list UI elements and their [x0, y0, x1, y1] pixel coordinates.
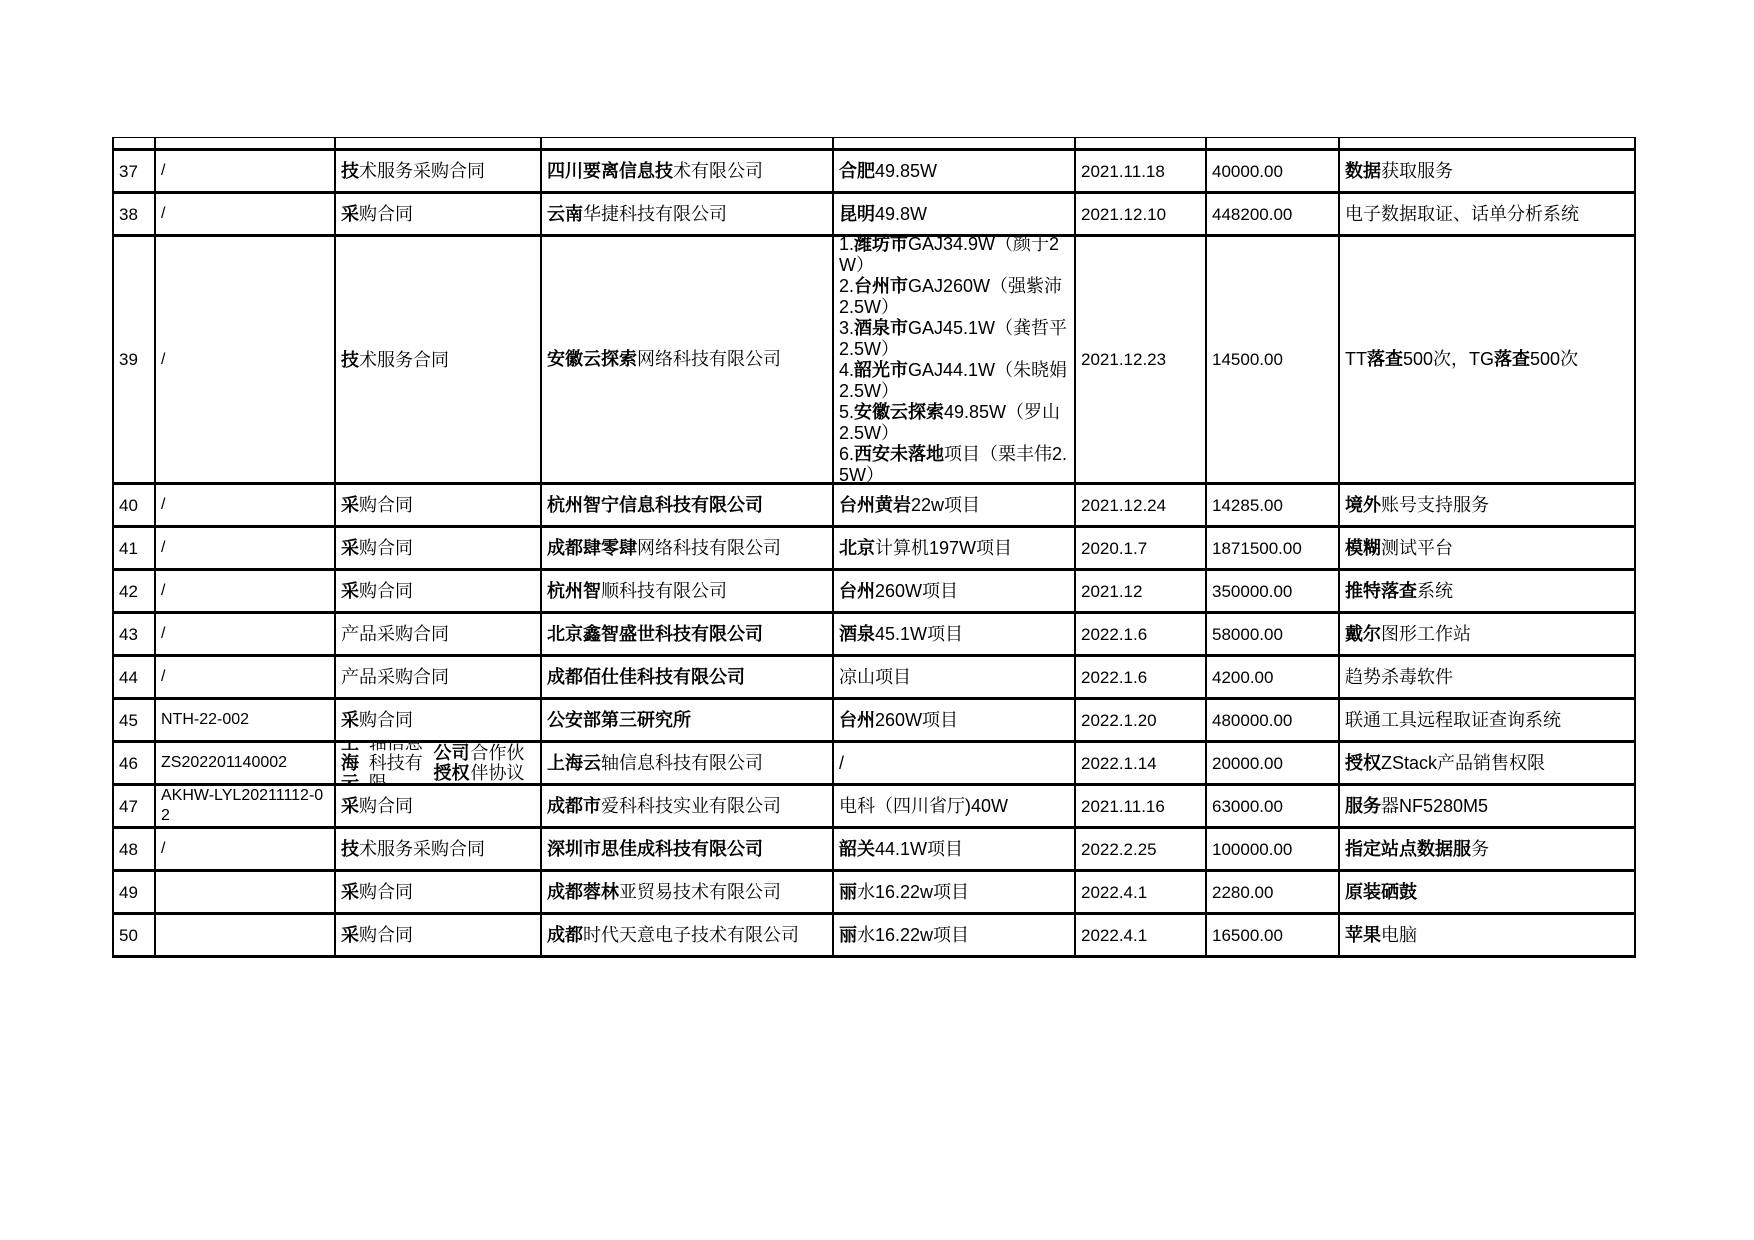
text-segment: 电脑	[1381, 925, 1417, 946]
text-segment: 500次	[1530, 349, 1578, 370]
text-segment: 系统	[1417, 581, 1453, 602]
text-segment: 获取服务	[1381, 161, 1453, 182]
cell-contract-no: /	[156, 657, 336, 700]
cell-company: 杭州智宁信息科技有限公司	[542, 485, 834, 528]
cell-amount: 20000.00	[1207, 743, 1340, 786]
cell-desc: 趋势杀毒软件	[1340, 657, 1636, 700]
cell-desc: 推特落查系统	[1340, 571, 1636, 614]
text-segment: 45.1W项目	[875, 624, 963, 645]
cell-type: 采购合同	[336, 786, 542, 829]
text-segment: 账号支持服务	[1381, 495, 1489, 516]
cell-contract-no: /	[156, 614, 336, 657]
cell-amount: 2280.00	[1207, 872, 1340, 915]
table-row: 45NTH-22-002采购合同公安部第三研究所台州260W项目2022.1.2…	[114, 700, 1636, 743]
contract-table: 37/技术服务采购合同四川要离信息技术有限公司合肥49.85W2021.11.1…	[112, 137, 1636, 958]
text-segment: 购合同	[359, 495, 413, 515]
text-segment: 四川要离信息技	[547, 161, 673, 182]
cell-num: 45	[114, 700, 156, 743]
text-segment: 杭州智	[547, 581, 601, 602]
cell-type: 采购合同	[336, 485, 542, 528]
cell-company: 云南华捷科技有限公司	[542, 194, 834, 237]
text-segment: 技	[341, 839, 359, 859]
text-segment: 丽	[839, 925, 857, 946]
cell-num: 44	[114, 657, 156, 700]
text-segment: 杭州智宁信息科技有限公司	[547, 495, 763, 516]
cell-company: 成都市爱科科技实业有限公司	[542, 786, 834, 829]
cell-company: 成都佰仕佳科技有限公司	[542, 657, 834, 700]
text-segment: 轴信息科技有限	[369, 743, 434, 786]
text-segment: 网络科技有限公司	[637, 538, 781, 559]
table-row: 39/技术服务合同安徽云探索网络科技有限公司1.潍坊市GAJ34.9W（颜于2W…	[114, 237, 1636, 485]
text-segment: 采	[341, 204, 359, 224]
text-segment: 49.85W	[875, 161, 937, 182]
text-segment: 时代天意电子技术有限公司	[583, 925, 799, 946]
cell-company: 成都时代天意电子技术有限公司	[542, 915, 834, 958]
text-segment: 测试平台	[1381, 538, 1453, 559]
clipped-cell	[156, 138, 336, 151]
cell-amount: 350000.00	[1207, 571, 1340, 614]
cell-num: 38	[114, 194, 156, 237]
cell-contract-no: /	[156, 151, 336, 194]
cell-date: 2022.1.6	[1076, 614, 1207, 657]
text-segment: 术服务采购合同	[359, 839, 485, 859]
text-segment: 电子数据取证、话单分析系统	[1345, 204, 1579, 225]
text-segment: ZStack产品销售权限	[1381, 753, 1545, 774]
cell-contract-no: /	[156, 194, 336, 237]
text-segment: 公司授权	[434, 743, 471, 783]
text-segment: 台州	[839, 581, 875, 602]
cell-project: 电科（四川省厅)40W	[834, 786, 1076, 829]
text-segment: 术有限公司	[673, 161, 763, 182]
text-segment: 购合同	[359, 925, 413, 945]
cell-company: 上海云轴信息科技有限公司	[542, 743, 834, 786]
cell-type: 采购合同	[336, 915, 542, 958]
cell-company: 北京鑫智盛世科技有限公司	[542, 614, 834, 657]
cell-desc: 境外账号支持服务	[1340, 485, 1636, 528]
text-segment: 购合同	[359, 796, 413, 816]
cell-desc: 原装硒鼓	[1340, 872, 1636, 915]
text-segment: 酒泉	[839, 624, 875, 645]
cell-amount: 63000.00	[1207, 786, 1340, 829]
text-segment: 服务	[1345, 796, 1381, 817]
cell-num: 47	[114, 786, 156, 829]
cell-date: 2022.2.25	[1076, 829, 1207, 872]
text-segment: 购合同	[359, 710, 413, 730]
cell-type: 技术服务合同	[336, 237, 542, 485]
text-segment: 务	[1471, 839, 1489, 860]
cell-amount: 16500.00	[1207, 915, 1340, 958]
clipped-cell	[1076, 138, 1207, 151]
text-segment: 安徽云探索	[547, 349, 637, 370]
cell-project: 1.潍坊市GAJ34.9W（颜于2W）2.台州市GAJ260W（强紫沛2.5W）…	[834, 237, 1076, 485]
cell-type: 技术服务采购合同	[336, 829, 542, 872]
clipped-cell	[1340, 138, 1636, 151]
cell-type: 采购合同	[336, 194, 542, 237]
text-segment: 公安部第三研究所	[547, 710, 691, 731]
cell-contract-no	[156, 915, 336, 958]
cell-type: 产品采购合同	[336, 657, 542, 700]
cell-desc: 模糊测试平台	[1340, 528, 1636, 571]
cell-project: /	[834, 743, 1076, 786]
text-segment: 260W项目	[875, 710, 958, 731]
cell-num: 40	[114, 485, 156, 528]
clipped-cell	[336, 138, 542, 151]
cell-amount: 40000.00	[1207, 151, 1340, 194]
cell-desc: 苹果电脑	[1340, 915, 1636, 958]
text-segment: 44.1W项目	[875, 839, 963, 860]
text-segment: 韶光市	[854, 360, 908, 380]
cell-project: 丽水16.22w项目	[834, 872, 1076, 915]
text-segment: 顺科技有限公司	[601, 581, 727, 602]
text-segment: 购合同	[359, 581, 413, 601]
cell-amount: 58000.00	[1207, 614, 1340, 657]
cell-project: 台州260W项目	[834, 700, 1076, 743]
clipped-row	[114, 138, 1636, 151]
cell-type: 产品采购合同	[336, 614, 542, 657]
text-segment: 华捷科技有限公司	[583, 204, 727, 225]
text-segment: 1.	[839, 237, 854, 254]
text-segment: 授权	[1345, 753, 1381, 774]
cell-project: 北京计算机197W项目	[834, 528, 1076, 571]
cell-project: 昆明49.8W	[834, 194, 1076, 237]
text-line: 6.西安未落地项目（栗丰伟2.5W）	[839, 444, 1070, 486]
text-segment: 采	[341, 796, 359, 816]
cell-num: 50	[114, 915, 156, 958]
text-segment: 上海云	[341, 743, 369, 786]
cell-project: 合肥49.85W	[834, 151, 1076, 194]
text-segment: 爱科科技实业有限公司	[601, 796, 781, 817]
text-segment: 技	[341, 350, 359, 370]
text-segment: 4.	[839, 360, 854, 380]
cell-company: 成都肆零肆网络科技有限公司	[542, 528, 834, 571]
text-segment: 采	[341, 538, 359, 558]
cell-desc: TT落查500次，TG落查500次	[1340, 237, 1636, 485]
cell-type: 采购合同	[336, 571, 542, 614]
text-segment: 水16.22w项目	[857, 882, 969, 903]
clipped-cell	[834, 138, 1076, 151]
text-segment: 戴尔	[1345, 624, 1381, 645]
text-segment: 台州	[839, 710, 875, 731]
text-segment: 购合同	[359, 882, 413, 902]
text-segment: 苹果	[1345, 925, 1381, 946]
cell-date: 2022.1.6	[1076, 657, 1207, 700]
cell-num: 39	[114, 237, 156, 485]
text-segment: 22w项目	[911, 495, 980, 516]
text-segment: 数据	[1345, 161, 1381, 182]
cell-num: 37	[114, 151, 156, 194]
text-segment: 境外	[1345, 495, 1381, 516]
text-line: 2.台州市GAJ260W（强紫沛2.5W）	[839, 276, 1070, 318]
table-row: 42/采购合同杭州智顺科技有限公司台州260W项目2021.12350000.0…	[114, 571, 1636, 614]
text-line: 3.酒泉市GAJ45.1W（龚哲平2.5W）	[839, 318, 1070, 360]
text-segment: 购合同	[359, 204, 413, 224]
cell-amount: 1871500.00	[1207, 528, 1340, 571]
cell-date: 2021.12.10	[1076, 194, 1207, 237]
cell-desc: 指定站点数据服务	[1340, 829, 1636, 872]
text-segment: 采	[341, 710, 359, 730]
document-page: 37/技术服务采购合同四川要离信息技术有限公司合肥49.85W2021.11.1…	[0, 0, 1754, 1240]
cell-num: 48	[114, 829, 156, 872]
text-segment: 合作伙伴协议	[471, 743, 527, 783]
text-segment: 上海云	[547, 753, 601, 774]
multiline-text: 1.潍坊市GAJ34.9W（颜于2W）2.台州市GAJ260W（强紫沛2.5W）…	[839, 237, 1070, 485]
cell-type: 采购合同	[336, 872, 542, 915]
text-segment: 成都蓉林	[547, 882, 619, 903]
cell-project: 台州260W项目	[834, 571, 1076, 614]
cell-date: 2022.1.20	[1076, 700, 1207, 743]
cell-num: 42	[114, 571, 156, 614]
cell-date: 2021.11.18	[1076, 151, 1207, 194]
text-line: 4.韶光市GAJ44.1W（朱晓娟2.5W）	[839, 360, 1070, 402]
text-segment: 260W项目	[875, 581, 958, 602]
text-segment: 深圳市思佳成科技有限公司	[547, 839, 763, 860]
cell-contract-no	[156, 872, 336, 915]
text-segment: 台州市	[854, 276, 908, 296]
text-segment: 采	[341, 882, 359, 902]
text-segment: 云南	[547, 204, 583, 225]
text-segment: 网络科技有限公司	[637, 349, 781, 370]
cell-company: 四川要离信息技术有限公司	[542, 151, 834, 194]
table-row: 47AKHW-LYL20211112-02采购合同成都市爱科科技实业有限公司电科…	[114, 786, 1636, 829]
cell-type: 采购合同	[336, 528, 542, 571]
text-segment: 器NF5280M5	[1381, 796, 1488, 817]
cell-desc: 数据获取服务	[1340, 151, 1636, 194]
text-segment: 安徽云探索	[854, 402, 944, 422]
cell-contract-no: NTH-22-002	[156, 700, 336, 743]
clipped-cell	[1207, 138, 1340, 151]
text-segment: 图形工作站	[1381, 624, 1471, 645]
cell-project: 韶关44.1W项目	[834, 829, 1076, 872]
cell-company: 深圳市思佳成科技有限公司	[542, 829, 834, 872]
text-segment: 2.	[839, 276, 854, 296]
text-line: 5.安徽云探索49.85W（罗山2.5W）	[839, 402, 1070, 444]
table-row: 38/采购合同云南华捷科技有限公司昆明49.8W2021.12.10448200…	[114, 194, 1636, 237]
cell-desc: 服务器NF5280M5	[1340, 786, 1636, 829]
text-line: 1.潍坊市GAJ34.9W（颜于2W）	[839, 237, 1070, 276]
table-row: 40/采购合同杭州智宁信息科技有限公司台州黄岩22w项目2021.12.2414…	[114, 485, 1636, 528]
text-segment: 亚贸易技术有限公司	[619, 882, 781, 903]
text-segment: 丽	[839, 882, 857, 903]
text-segment: 49.8W	[875, 204, 927, 225]
clipped-cell	[114, 138, 156, 151]
cell-desc: 电子数据取证、话单分析系统	[1340, 194, 1636, 237]
text-segment: 采	[341, 581, 359, 601]
cell-company: 杭州智顺科技有限公司	[542, 571, 834, 614]
cell-num: 43	[114, 614, 156, 657]
table-row: 50采购合同成都时代天意电子技术有限公司丽水16.22w项目2022.4.116…	[114, 915, 1636, 958]
text-segment: 3.	[839, 318, 854, 338]
cell-date: 2020.1.7	[1076, 528, 1207, 571]
table-row: 48/技术服务采购合同深圳市思佳成科技有限公司韶关44.1W项目2022.2.2…	[114, 829, 1636, 872]
cell-project: 台州黄岩22w项目	[834, 485, 1076, 528]
cell-type: 上海云轴信息科技有限公司授权合作伙伴协议	[336, 743, 542, 786]
text-segment: 落查	[1494, 349, 1530, 370]
text-segment: 模糊	[1345, 538, 1381, 559]
cell-num: 41	[114, 528, 156, 571]
cell-contract-no: /	[156, 528, 336, 571]
cell-desc: 联通工具远程取证查询系统	[1340, 700, 1636, 743]
text-segment: 采	[341, 495, 359, 515]
cell-type: 技术服务采购合同	[336, 151, 542, 194]
text-segment: 韶关	[839, 839, 875, 860]
cell-num: 49	[114, 872, 156, 915]
cell-company: 成都蓉林亚贸易技术有限公司	[542, 872, 834, 915]
cell-amount: 100000.00	[1207, 829, 1340, 872]
cell-amount: 448200.00	[1207, 194, 1340, 237]
cell-desc: 授权ZStack产品销售权限	[1340, 743, 1636, 786]
cell-project: 酒泉45.1W项目	[834, 614, 1076, 657]
clipped-cell	[542, 138, 834, 151]
cell-date: 2021.12	[1076, 571, 1207, 614]
text-segment: 水16.22w项目	[857, 925, 969, 946]
cell-contract-no: /	[156, 485, 336, 528]
text-segment: 推特落查	[1345, 581, 1417, 602]
cell-contract-no: ZS202201140002	[156, 743, 336, 786]
cell-project: 凉山项目	[834, 657, 1076, 700]
text-segment: 成都肆零肆	[547, 538, 637, 559]
text-segment: 6.	[839, 444, 854, 464]
table-row: 46ZS202201140002上海云轴信息科技有限公司授权合作伙伴协议上海云轴…	[114, 743, 1636, 786]
text-segment: 采	[341, 925, 359, 945]
text-segment: 台州黄岩	[839, 495, 911, 516]
text-segment: 潍坊市	[854, 237, 908, 254]
cell-date: 2022.4.1	[1076, 872, 1207, 915]
cell-date: 2021.12.24	[1076, 485, 1207, 528]
text-segment: 术服务采购合同	[359, 161, 485, 181]
text-segment: 500次，TG	[1403, 349, 1494, 370]
cell-contract-no: /	[156, 829, 336, 872]
cell-company: 安徽云探索网络科技有限公司	[542, 237, 834, 485]
text-segment: 5.	[839, 402, 854, 422]
text-segment: 成都市	[547, 796, 601, 817]
text-segment: 轴信息科技有限公司	[601, 753, 763, 774]
text-segment: TT	[1345, 349, 1367, 370]
table-row: 44/产品采购合同成都佰仕佳科技有限公司凉山项目2022.1.64200.00趋…	[114, 657, 1636, 700]
table-row: 43/产品采购合同北京鑫智盛世科技有限公司酒泉45.1W项目2022.1.658…	[114, 614, 1636, 657]
table-row: 41/采购合同成都肆零肆网络科技有限公司北京计算机197W项目2020.1.71…	[114, 528, 1636, 571]
text-segment: 北京鑫智盛世科技有限公司	[547, 624, 763, 645]
text-segment: 西安未落地	[854, 444, 944, 464]
cell-amount: 14285.00	[1207, 485, 1340, 528]
cell-date: 2021.12.23	[1076, 237, 1207, 485]
text-segment: 计算机197W项目	[875, 538, 1012, 559]
text-segment: 落查	[1367, 349, 1403, 370]
text-segment: 指定站点数据服	[1345, 839, 1471, 860]
cell-company: 公安部第三研究所	[542, 700, 834, 743]
cell-contract-no: AKHW-LYL20211112-02	[156, 786, 336, 829]
cell-contract-no: /	[156, 237, 336, 485]
cell-date: 2022.4.1	[1076, 915, 1207, 958]
text-segment: 昆明	[839, 204, 875, 225]
cell-amount: 4200.00	[1207, 657, 1340, 700]
text-segment: 成都佰仕佳科技有限公司	[547, 667, 745, 688]
text-segment: 酒泉市	[854, 318, 908, 338]
text-segment: 原装硒鼓	[1345, 882, 1417, 903]
cell-project: 丽水16.22w项目	[834, 915, 1076, 958]
cell-date: 2021.11.16	[1076, 786, 1207, 829]
cell-amount: 14500.00	[1207, 237, 1340, 485]
cell-type: 采购合同	[336, 700, 542, 743]
table-row: 37/技术服务采购合同四川要离信息技术有限公司合肥49.85W2021.11.1…	[114, 151, 1636, 194]
cell-desc: 戴尔图形工作站	[1340, 614, 1636, 657]
text-segment: 北京	[839, 538, 875, 559]
cell-amount: 480000.00	[1207, 700, 1340, 743]
cell-contract-no: /	[156, 571, 336, 614]
cell-date: 2022.1.14	[1076, 743, 1207, 786]
text-segment: 技	[341, 161, 359, 181]
table-row: 49采购合同成都蓉林亚贸易技术有限公司丽水16.22w项目2022.4.1228…	[114, 872, 1636, 915]
cell-num: 46	[114, 743, 156, 786]
text-segment: 合肥	[839, 161, 875, 182]
text-segment: 术服务合同	[359, 350, 449, 370]
text-segment: 购合同	[359, 538, 413, 558]
text-segment: 成都	[547, 925, 583, 946]
